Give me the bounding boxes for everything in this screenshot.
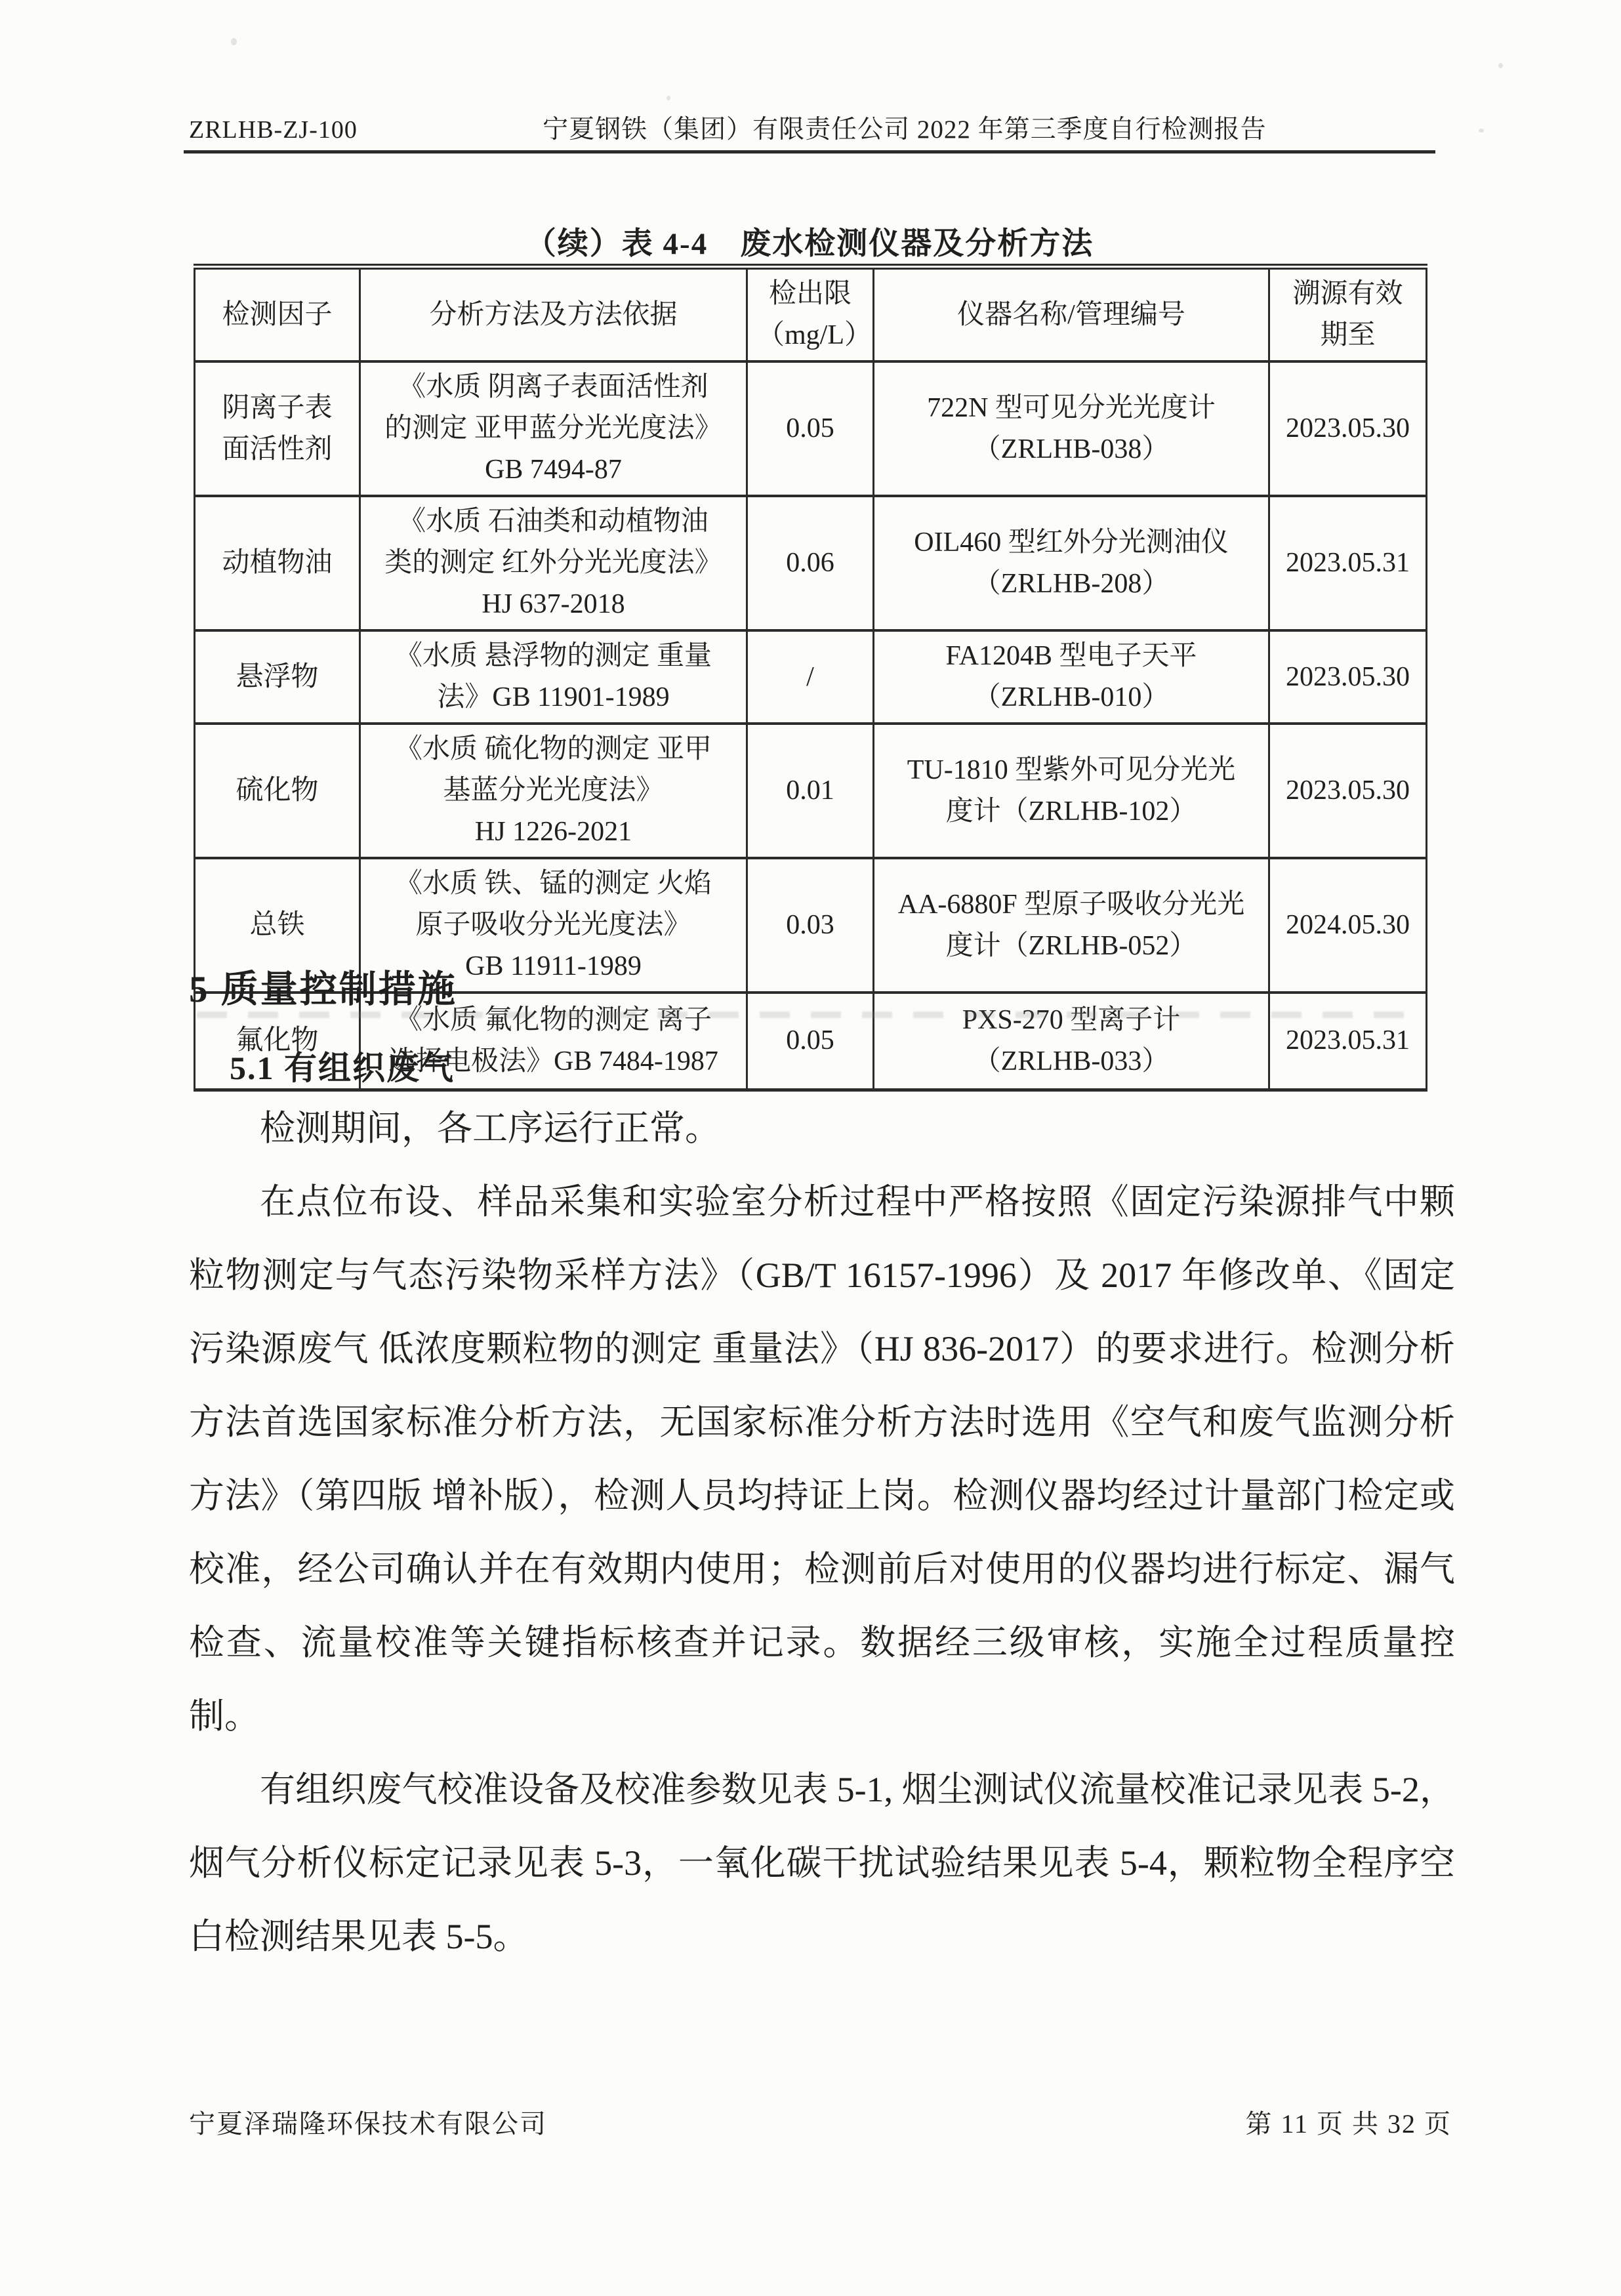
doc-code: ZRLHB-ZJ-100 bbox=[189, 115, 358, 144]
cell-valid-until: 2023.05.30 bbox=[1269, 361, 1427, 496]
cell-limit: 0.05 bbox=[747, 993, 874, 1090]
cell-method: 《水质 悬浮物的测定 重量 法》GB 11901-1989 bbox=[360, 630, 747, 724]
paragraph-2: 在点位布设、样品采集和实验室分析过程中严格按照《固定污染源排气中颗粒物测定与气态… bbox=[189, 1165, 1455, 1753]
cell-instrument: PXS-270 型离子计 （ZRLHB-033） bbox=[874, 993, 1269, 1090]
paragraph-1: 检测期间，各工序运行正常。 bbox=[189, 1092, 1455, 1165]
scan-artifact bbox=[667, 96, 670, 100]
table-row: 悬浮物 《水质 悬浮物的测定 重量 法》GB 11901-1989 / FA12… bbox=[195, 630, 1427, 724]
cell-instrument: AA-6880F 型原子吸收分光光 度计（ZRLHB-052） bbox=[874, 858, 1269, 993]
cell-factor: 动植物油 bbox=[195, 496, 360, 630]
cell-method: 《水质 硫化物的测定 亚甲 基蓝分光光度法》 HJ 1226-2021 bbox=[360, 724, 747, 858]
paragraph-3: 有组织废气校准设备及校准参数见表 5-1, 烟尘测试仪流量校准记录见表 5-2，… bbox=[189, 1753, 1455, 1973]
cell-valid-until: 2023.05.30 bbox=[1269, 724, 1427, 858]
cell-limit: / bbox=[747, 630, 874, 724]
cell-factor: 硫化物 bbox=[195, 724, 360, 858]
cell-limit: 0.06 bbox=[747, 496, 874, 630]
page-header: ZRLHB-ZJ-100 宁夏钢铁（集团）有限责任公司 2022 年第三季度自行… bbox=[189, 109, 1452, 146]
header-rule bbox=[184, 150, 1435, 154]
scan-artifact bbox=[231, 38, 237, 45]
col-header-limit: 检出限 （mg/L） bbox=[747, 267, 874, 362]
section-heading: 5 质量控制措施 bbox=[189, 959, 457, 1013]
table-header-row: 检测因子 分析方法及方法依据 检出限 （mg/L） 仪器名称/管理编号 溯源有效… bbox=[195, 267, 1427, 362]
table-row: 硫化物 《水质 硫化物的测定 亚甲 基蓝分光光度法》 HJ 1226-2021 … bbox=[195, 724, 1427, 858]
cell-limit: 0.05 bbox=[747, 361, 874, 496]
cell-factor: 阴离子表 面活性剂 bbox=[195, 361, 360, 496]
cell-instrument: 722N 型可见分光光度计 （ZRLHB-038） bbox=[874, 361, 1269, 496]
scan-artifact bbox=[197, 1012, 1417, 1018]
body-text: 检测期间，各工序运行正常。 在点位布设、样品采集和实验室分析过程中严格按照《固定… bbox=[189, 1092, 1455, 1973]
cell-valid-until: 2023.05.31 bbox=[1269, 496, 1427, 630]
cell-instrument: FA1204B 型电子天平 （ZRLHB-010） bbox=[874, 630, 1269, 724]
col-header-valid-until: 溯源有效 期至 bbox=[1269, 267, 1427, 362]
footer-company: 宁夏泽瑞隆环保技术有限公司 bbox=[189, 2103, 547, 2141]
doc-title: 宁夏钢铁（集团）有限责任公司 2022 年第三季度自行检测报告 bbox=[358, 109, 1452, 146]
col-header-method: 分析方法及方法依据 bbox=[360, 267, 747, 362]
cell-instrument: OIL460 型红外分光测油仪 （ZRLHB-208） bbox=[874, 496, 1269, 630]
scan-artifact bbox=[1498, 63, 1503, 68]
page-footer: 宁夏泽瑞隆环保技术有限公司 第 11 页 共 32 页 bbox=[189, 2103, 1452, 2141]
cell-limit: 0.01 bbox=[747, 724, 874, 858]
table-row: 阴离子表 面活性剂 《水质 阴离子表面活性剂 的测定 亚甲蓝分光光度法》 GB … bbox=[195, 361, 1427, 496]
document-page: ZRLHB-ZJ-100 宁夏钢铁（集团）有限责任公司 2022 年第三季度自行… bbox=[0, 0, 1621, 2296]
table-caption: （续）表 4-4 废水检测仪器及分析方法 bbox=[194, 219, 1426, 263]
cell-instrument: TU-1810 型紫外可见分光光 度计（ZRLHB-102） bbox=[874, 724, 1269, 858]
cell-method: 《水质 阴离子表面活性剂 的测定 亚甲蓝分光光度法》 GB 7494-87 bbox=[360, 361, 747, 496]
footer-page-info: 第 11 页 共 32 页 bbox=[1245, 2103, 1452, 2141]
cell-limit: 0.03 bbox=[747, 858, 874, 993]
scan-artifact bbox=[1479, 129, 1484, 133]
subsection-heading: 5.1 有组织废气 bbox=[230, 1042, 455, 1089]
cell-method: 《水质 石油类和动植物油 类的测定 红外分光光度法》 HJ 637-2018 bbox=[360, 496, 747, 630]
table-row: 动植物油 《水质 石油类和动植物油 类的测定 红外分光光度法》 HJ 637-2… bbox=[195, 496, 1427, 630]
cell-valid-until: 2023.05.31 bbox=[1269, 993, 1427, 1090]
cell-valid-until: 2023.05.30 bbox=[1269, 630, 1427, 724]
col-header-instrument: 仪器名称/管理编号 bbox=[874, 267, 1269, 362]
col-header-factor: 检测因子 bbox=[195, 267, 360, 362]
cell-valid-until: 2024.05.30 bbox=[1269, 858, 1427, 993]
cell-factor: 悬浮物 bbox=[195, 630, 360, 724]
